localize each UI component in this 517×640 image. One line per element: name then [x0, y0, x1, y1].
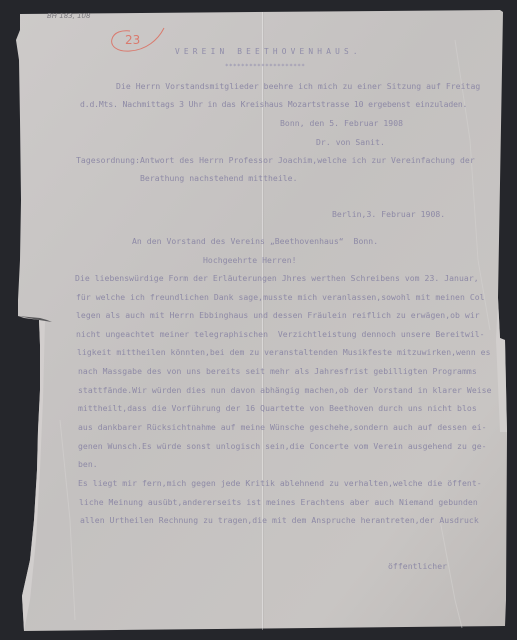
scan-stage: BH 183, 108 23 VEREIN BEETHOVENHAUS. ***…: [0, 0, 517, 640]
body-line: aus dankbarer Rücksichtnahme auf meine W…: [78, 422, 487, 432]
body-line: ligkeit mittheilen könnten,bei dem zu ve…: [77, 347, 491, 357]
body-line: genen Wunsch.Es würde sonst unlogisch se…: [78, 441, 487, 451]
invitation-signature: Dr. von Sanit.: [316, 137, 385, 147]
letter-addressee: An den Vorstand des Vereins „Beethovenha…: [132, 236, 378, 246]
agenda-line-2: Berathung nachstehend mittheile.: [140, 173, 298, 183]
body-line: für welche ich freundlichen Dank sage,mu…: [76, 292, 485, 302]
invitation-line-1: Die Herrn Vorstandsmitglieder beehre ich…: [116, 81, 480, 91]
letterhead-title: VEREIN BEETHOVENHAUS.: [175, 47, 362, 57]
agenda-line-1: Tagesordnung:Antwort des Herrn Professor…: [76, 155, 475, 165]
body-line: liche Meinung ausübt,andererseits ist me…: [79, 497, 478, 507]
invitation-date: Bonn, den 5. Februar 1908: [280, 118, 403, 128]
letterhead-rule: ********************: [225, 62, 305, 72]
body-line: mittheilt,dass die Vorführung der 16 Qua…: [78, 403, 477, 413]
invitation-line-2: d.d.Mts. Nachmittags 3 Uhr in das Kreish…: [80, 99, 467, 109]
body-line: nach Massgabe des von uns bereits seit m…: [78, 366, 477, 376]
body-line: ben.: [78, 459, 98, 469]
body-line: Es liegt mir fern,mich gegen jede Kritik…: [78, 478, 482, 488]
body-line: Die liebenswürdige Form der Erläuterunge…: [75, 273, 479, 283]
letter-salutation: Hochgeehrte Herren!: [203, 255, 297, 265]
letter-date: Berlin,3. Februar 1908.: [332, 209, 445, 219]
body-line: legen als auch mit Herrn Ebbinghaus und …: [76, 310, 480, 320]
catchword: öffentlicher: [388, 561, 447, 571]
body-line: nicht ungeachtet meiner telegraphischen …: [76, 329, 485, 339]
body-line: allen Urtheilen Rechnung zu tragen,die m…: [80, 515, 479, 525]
typewritten-text: VEREIN BEETHOVENHAUS. ******************…: [0, 0, 517, 640]
body-line: stattfände.Wir würden dies nun davon abh…: [78, 385, 492, 395]
